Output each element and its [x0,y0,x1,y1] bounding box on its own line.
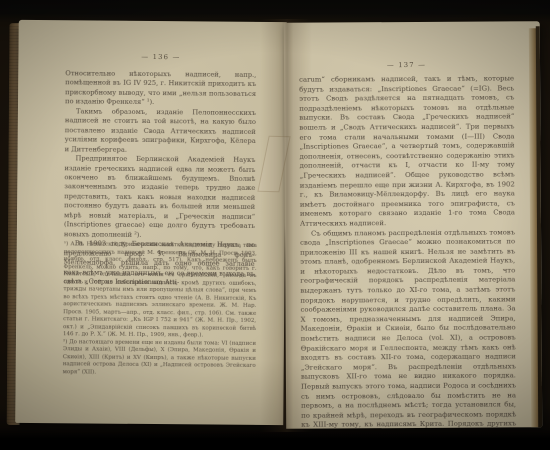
left-page-footnotes: ¹) А. В. Никитскій, Критическія замѣтки … [63,241,257,378]
left-page-number: — 136 — [65,52,256,62]
right-page-number: — 137 — [300,60,513,69]
right-page: — 137 — carum“ сборникамъ надписей, такъ… [284,21,542,429]
paragraph: carum“ сборникамъ надписей, такъ и тѣмъ,… [299,74,515,229]
footnote: ¹) А. В. Никитскій, Критическія замѣтки … [63,241,257,340]
right-page-main-text: carum“ сборникамъ надписей, такъ и тѣмъ,… [299,74,516,428]
footnote: ²) До настоящаго времени еще не изданы б… [63,339,256,378]
book-spread: — 136 — Относительно нѣкоторыхъ надписей… [8,19,545,432]
photo-background: — 136 — Относительно нѣкоторыхъ надписей… [0,0,550,450]
paragraph: Относительно нѣкоторыхъ надписей, напр.,… [65,69,256,108]
paragraph: Такимъ образомъ, изданіе Пелопоннесскихъ… [65,107,256,156]
paragraph: Съ общимъ планомъ распредѣленія отдѣльны… [300,228,516,429]
paragraph: Предпринятое Берлинской Академіей Наукъ … [64,154,256,241]
left-page: — 136 — Относительно нѣкоторыхъ надписей… [15,20,287,425]
